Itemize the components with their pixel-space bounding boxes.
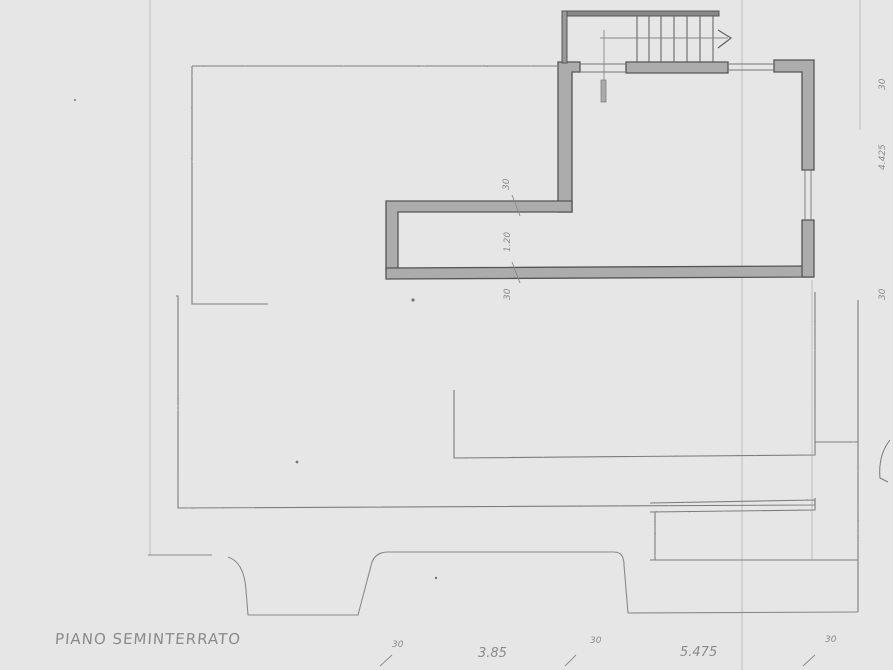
drawing-title: PIANO SEMINTERRATO xyxy=(54,630,241,648)
dim-inner-span: 1.20 xyxy=(503,232,513,252)
l-shaped-room-walls xyxy=(386,60,814,279)
dim-inner-wall-top: 30 xyxy=(502,179,512,190)
dim-bottom-wall-3: 30 xyxy=(825,635,836,645)
construction-lines xyxy=(150,0,860,670)
stair-flight xyxy=(562,11,728,102)
dim-right-span: 4.425 xyxy=(878,144,888,170)
floor-plan-sheet: PIANO SEMINTERRATO 30 3.85 30 5.475 30 3… xyxy=(0,0,893,670)
dim-bottom-span-2: 5.475 xyxy=(680,645,717,660)
dim-right-wall-top: 30 xyxy=(878,79,888,90)
dim-bottom-span-1: 3.85 xyxy=(478,646,507,661)
dim-right-wall-bottom: 30 xyxy=(878,289,888,300)
site-outline xyxy=(176,66,858,612)
dim-bottom-wall-2: 30 xyxy=(590,636,601,646)
dim-inner-wall-bottom: 30 xyxy=(503,289,513,300)
direction-arrow xyxy=(718,30,731,48)
floor-plan-drawing xyxy=(0,0,893,670)
dim-bottom-wall-1: 30 xyxy=(392,640,403,650)
openings xyxy=(580,64,811,220)
ground-profile xyxy=(148,552,858,615)
edge-sketch-mark xyxy=(880,440,890,482)
